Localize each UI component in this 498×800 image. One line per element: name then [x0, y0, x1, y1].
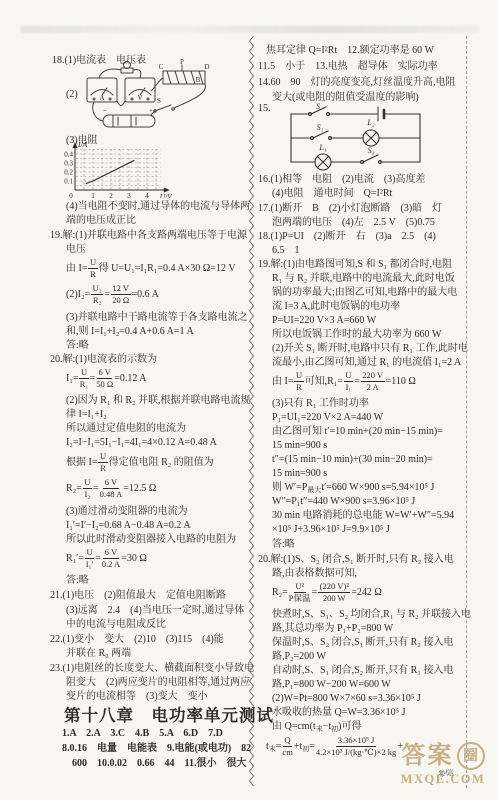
text-segment: 16.(1)相等 电阻 (2)电流 (3)高度差: [258, 173, 425, 186]
answer-text-line: (4)电阻 通电时间 Q=I²Rt: [272, 187, 392, 200]
rheostat-terminal-b-label: B: [196, 76, 201, 84]
text-segment: (3)只有 R₁ 工作时功率: [272, 397, 369, 410]
text-segment: =: [312, 586, 318, 599]
answer-text-line: 20.解:(1)S、S₂ 闭合,S₁ 断开时,只有 R₂ 接入电: [258, 553, 454, 566]
x-tick-label: 4: [145, 192, 149, 198]
answer-text-line: 路,其总功率为 P₁+P₂=800 W: [272, 622, 393, 635]
text-segment: =: [354, 375, 360, 388]
rheostat-terminal-c-label: C: [159, 63, 164, 71]
switch-s2-label: S₂: [368, 146, 375, 155]
circuit-wires: [291, 107, 420, 170]
answer-text-line: 15 min=900 s: [272, 467, 327, 480]
text-segment: 路,P₁=800 W−200 W=600 W: [272, 678, 391, 691]
x-tick-label: 0: [69, 192, 73, 198]
answer-text-line: 所以电饭锅工作时的最大功率为 660 W: [272, 328, 441, 341]
text-segment: 可知,R₁=: [305, 375, 343, 388]
fraction: UR: [294, 371, 303, 392]
battery-plus-label: +: [149, 107, 153, 115]
answer-text-line: R₂=U²P保温=(220 V)²200 W=242 Ω: [272, 582, 382, 603]
answer-text-line: t末=Qcm+t初=3.36×10⁵ J4.2×10³ J/(kg·℃)×2 k…: [266, 736, 403, 757]
text-segment: 路,其总功率为 P₁+P₂=800 W: [272, 622, 393, 635]
y-tick-label: 0.3: [64, 160, 73, 168]
text-segment: t′=660 W×900 s=5.94×10⁵ J: [321, 481, 434, 494]
y-tick-label: 0.1: [64, 178, 73, 186]
answer-text-line: 路,由表格数据可知,: [272, 567, 357, 580]
answer-text-line: 路,P₂=200 W: [272, 650, 326, 663]
watermark-answer-circle: 答案 圈 MXQE.COM: [390, 742, 496, 787]
fraction: U²P保温: [289, 582, 311, 603]
answer-text-line: 锅的功率最大;由图乙可知,电路中的最大电: [272, 286, 457, 299]
text-segment: (4)电阻 通电时间 Q=I²Rt: [272, 187, 392, 200]
text-segment: 19.解:(1)由电路图可知,S 和 S₁ 都闭合时,电阻: [258, 258, 452, 271]
text-segment: (2)开关 S₁ 断开时,电路中只有 R₁ 工作,此时电: [272, 342, 468, 355]
answer-text-line: 流 I=3 A,此时电饭锅的电功率: [272, 300, 400, 313]
text-segment: 15 min=900 s: [272, 467, 327, 480]
fraction: (220 V)²200 W: [318, 582, 350, 603]
rheostat-terminal-d-label: D: [204, 63, 209, 71]
text-segment: 17.(1)断开 B (2)小灯泡断路 (3)暗 灯: [258, 202, 442, 215]
text-segment: 水吸收的热量 Q=W=3.36×10⁵ J: [272, 706, 405, 719]
x-axis-label: U/V: [160, 192, 174, 198]
answer-text-line: 18.(1)P=UI (2)断开 右 (3)a 2.5 (4): [258, 230, 436, 243]
answer-text-line: 由 Q=cm(t末−t初)可得: [272, 720, 361, 733]
x-tick-label: 1: [91, 192, 95, 198]
text-segment: 泡两端的电压 (4)左 2.5 V (5)0.75: [272, 216, 435, 229]
text-segment: 答:略: [272, 538, 295, 551]
text-segment: 流最小,由乙图可知,通过 R₁ 的电流值 I₁=2 A: [272, 356, 461, 369]
watermark-text: 答案: [402, 742, 454, 770]
text-segment: 所以电饭锅工作时的最大功率为 660 W: [272, 328, 441, 341]
apparatus-drawing: [87, 62, 205, 128]
circuit-15-diagram: S S₁ L₂ L₁ S₂: [283, 100, 428, 172]
answer-text-line: W″=P₁t″=440 W×900 s=3.96×10⁵ J: [272, 495, 415, 508]
text-segment: 流 I=3 A,此时电饭锅的电功率: [272, 300, 400, 313]
text-segment: 路,由表格数据可知,: [272, 567, 357, 580]
text-segment: 14.60 90 灯的亮度变亮,灯丝温度升高,电阻: [258, 76, 456, 89]
answer-text-line: 19.解:(1)由电路图可知,S 和 S₁ 都闭合时,电阻: [258, 258, 452, 271]
answer-text-line: 自动时,S、S₁ 闭合,S₂ 断开,只有 R₁ 接入电: [272, 664, 453, 677]
rheostat-slider-p-label: P: [180, 58, 184, 66]
lamp-l1-label: L₁: [318, 143, 326, 152]
text-segment: 20.解:(1)S、S₂ 闭合,S₁ 断开时,只有 R₂ 接入电: [258, 553, 454, 566]
text-segment: ×10⁵ J+3.96×10⁵ J=9.9×10⁵ J: [272, 523, 390, 536]
text-segment: 保温时,S、S₂ 闭合,S₁ 断开,只有 R₂ 接入电: [272, 636, 453, 649]
text-segment: 由 I=: [272, 375, 293, 388]
switch-s1-label: S₁: [317, 123, 324, 132]
text-segment: −t: [323, 720, 331, 733]
answer-text-line: 快煮时,S、S₁、S₂ 均闭合,R₁ 与 R₂ 并联接入电: [272, 608, 471, 621]
answer-text-line: 17.(1)断开 B (2)小灯泡断路 (3)暗 灯: [258, 202, 442, 215]
text-segment: 锅的功率最大;由图乙可知,电路中的最大电: [272, 286, 457, 299]
answer-text-line: 水吸收的热量 Q=W=3.36×10⁵ J: [272, 706, 405, 719]
text-segment: t″=(15 min−10 min)+(30 min−20 min)=: [272, 453, 433, 466]
y-tick-label: 0.4: [64, 151, 73, 159]
text-segment: =242 Ω: [351, 586, 382, 599]
text-segment: 6.5 1: [272, 244, 300, 257]
answer-text-line: t″=(15 min−10 min)+(30 min−20 min)=: [272, 453, 433, 466]
text-segment: 则 W′=P: [272, 481, 307, 494]
text-segment: 由乙图可知 t′=10 min+(20 min−15 min)=: [272, 425, 443, 438]
text-segment: 自动时,S、S₁ 闭合,S₂ 断开,只有 R₁ 接入电: [272, 664, 453, 677]
answer-text-line: 由乙图可知 t′=10 min+(20 min−15 min)=: [272, 425, 443, 438]
switch-label: S: [157, 97, 161, 105]
text-segment: +t: [294, 740, 302, 753]
answer-text-line: 答:略: [272, 538, 295, 551]
text-segment: 18.(1)P=UI (2)断开 右 (3)a 2.5 (4): [258, 230, 436, 243]
text-segment: 快煮时,S、S₁、S₂ 均闭合,R₁ 与 R₂ 并联接入电: [272, 608, 471, 621]
answer-text-line: (2)开关 S₁ 断开时,电路中只有 R₁ 工作,此时电: [272, 342, 468, 355]
apparatus-connection-sketch: A V C P D B S − +: [85, 58, 210, 134]
page-edge-dashed-line: [466, 36, 467, 788]
answer-text-line: 由 I=UR可知,R₁=UI₁=220 V2 A=110 Ω: [272, 371, 416, 392]
y-axis-arrow: [73, 142, 78, 148]
text-segment: 15 min=900 s: [272, 439, 327, 452]
text-segment: P₁=UI₁=220 V×2 A=440 W: [272, 411, 383, 424]
answer-text-line: 6.5 1: [272, 244, 300, 257]
text-segment: 焦耳定律 Q=I²Rt 12.额定功率是 60 W: [266, 44, 434, 57]
text-segment: 15.: [258, 102, 271, 115]
subscript: 末: [316, 723, 323, 736]
fraction: UI₁: [344, 371, 353, 392]
answer-text-line: 则 W′=P最大t′=660 W×900 s=5.94×10⁵ J: [272, 481, 434, 494]
text-segment: 由 Q=cm(t: [272, 720, 316, 733]
answer-text-line: (2)W=Pt=800 W×7×60 s=3.36×10⁵ J: [272, 692, 421, 705]
answer-text-line: 泡两端的电压 (4)左 2.5 V (5)0.75: [272, 216, 435, 229]
battery-minus-label: −: [103, 107, 107, 115]
fraction: Qcm: [282, 736, 292, 757]
watermark-logo-row: 答案 圈: [390, 742, 496, 770]
answer-text-line: 路,P₁=800 W−200 W=600 W: [272, 678, 391, 691]
answer-text-line: 15 min=900 s: [272, 439, 327, 452]
text-segment: 30 min 电路消耗的总电能 W=W′+W″=5.94: [272, 509, 454, 522]
lamp-l2-label: L₂: [366, 118, 374, 127]
fraction: 3.36×10⁵ J4.2×10³ J/(kg·℃)×2 kg: [316, 736, 396, 757]
text-segment: W″=P₁t″=440 W×900 s=3.96×10⁵ J: [272, 495, 415, 508]
answer-page: 18.(1)电流表 电压表(2)(3)电阻(4)当电阻不变时,通过导体的电流与导…: [0, 0, 498, 800]
y-axis-label: I/A: [77, 140, 88, 149]
answer-text-line: 30 min 电路消耗的总电能 W=W′+W″=5.94: [272, 509, 454, 522]
answer-text-line: 15.: [258, 102, 271, 115]
fraction: 220 V2 A: [361, 371, 385, 392]
answer-text-line: 保温时,S、S₂ 闭合,S₁ 断开,只有 R₂ 接入电: [272, 636, 453, 649]
text-segment: 11.5 小于 13.电热 超导体 实际功率: [258, 60, 438, 73]
text-segment: =110 Ω: [386, 375, 416, 388]
answer-text-line: P₁=UI₁=220 V×2 A=440 W: [272, 411, 383, 424]
text-segment: =: [276, 740, 282, 753]
switch-s-label: S: [316, 102, 320, 111]
x-tick-label: 3: [127, 192, 131, 198]
answer-text-line: ×10⁵ J+3.96×10⁵ J=9.9×10⁵ J: [272, 523, 390, 536]
answer-text-line: 14.60 90 灯的亮度变亮,灯丝温度升高,电阻: [258, 76, 456, 89]
answer-text-line: 焦耳定律 Q=I²Rt 12.额定功率是 60 W: [266, 44, 434, 57]
text-segment: R₁ 与 R₂ 并联,电路中的电流最大,此时电饭: [272, 272, 455, 285]
y-tick-label: 0.2: [64, 169, 73, 177]
answer-text-line: 11.5 小于 13.电热 超导体 实际功率: [258, 60, 438, 73]
current-voltage-graph: 0.10.20.30.401234I/AU/V: [55, 138, 190, 198]
text-segment: =: [309, 740, 315, 753]
subscript: 末: [269, 743, 276, 756]
answer-text-line: R₁ 与 R₂ 并联,电路中的电流最大,此时电饭: [272, 272, 455, 285]
voltmeter-label: V: [137, 94, 142, 102]
text-segment: 路,P₂=200 W: [272, 650, 326, 663]
text-segment: R₂=: [272, 586, 288, 599]
text-segment: P=UI=220 V×3 A=660 W: [272, 314, 376, 327]
answer-text-line: 流最小,由乙图可知,通过 R₁ 的电流值 I₁=2 A: [272, 356, 461, 369]
watermark-circle-logo: 圈: [457, 742, 485, 770]
subscript: 初: [302, 743, 309, 756]
text-segment: (2)W=Pt=800 W×7×60 s=3.36×10⁵ J: [272, 692, 421, 705]
ammeter-label: A: [99, 94, 104, 102]
answer-text-line: 16.(1)相等 电阻 (2)电流 (3)高度差: [258, 173, 425, 186]
answer-text-line: P=UI=220 V×3 A=660 W: [272, 314, 376, 327]
text-segment: )可得: [338, 720, 361, 733]
stray-print-mark: 参陪: [437, 767, 454, 780]
answer-text-line: (3)只有 R₁ 工作时功率: [272, 397, 369, 410]
wavy-divider-path: [250, 36, 254, 786]
column-divider-wavy-line: [246, 36, 258, 792]
x-tick-label: 2: [109, 192, 113, 198]
